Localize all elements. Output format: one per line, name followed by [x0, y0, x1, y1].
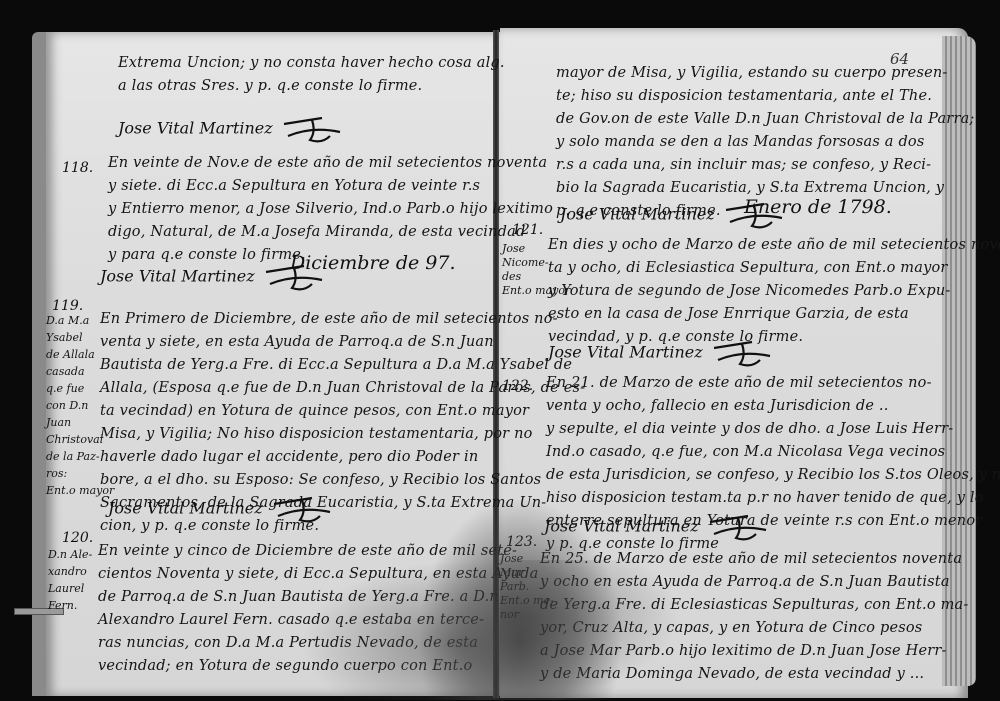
text-line: y Entierro menor, a Jose Silverio, Ind.o… — [108, 198, 553, 221]
text-line: Alexandro Laurel Fern. casado q.e estaba… — [98, 609, 539, 632]
text-line: y sepulte, el dia veinte y dos de dho. a… — [546, 418, 1000, 441]
month-heading: Enero de 1798. — [744, 196, 892, 218]
text-line: digo, Natural, de M.a Josefa Miranda, de… — [108, 221, 553, 244]
entry-120: En veinte y cinco de Diciembre de este a… — [98, 540, 539, 678]
text-line: En dies y ocho de Marzo de este año de m… — [548, 234, 1000, 257]
entry-number: 118. — [62, 160, 93, 176]
entry-123: En 25. de Marzo de este año de mil setec… — [540, 548, 969, 686]
month-heading: Diciembre de 97. — [290, 252, 455, 274]
text-line: y de Maria Dominga Nevado, de esta vecin… — [540, 663, 969, 686]
text-line: vecindad; en Yotura de segundo cuerpo co… — [98, 655, 539, 678]
text-line: En veinte de Nov.e de este año de mil se… — [108, 152, 553, 175]
text-line: Misa, y Vigilia; No hiso disposicion tes… — [100, 423, 585, 446]
text-line: yor, Cruz Alta, y capas, y en Yotura de … — [540, 617, 969, 640]
text-line: cientos Noventa y siete, di Ecc.a Sepult… — [98, 563, 539, 586]
text-line: a las otras Sres. y p. q.e conste lo fir… — [118, 75, 505, 98]
text-line: En 25. de Marzo de este año de mil setec… — [540, 548, 969, 571]
rubric-flourish-icon — [282, 114, 342, 144]
text-line: ta y ocho, di Eclesiastica Sepultura, co… — [548, 257, 1000, 280]
text-line: y ocho en esta Ayuda de Parroq.a de S.n … — [540, 571, 969, 594]
entry-121: En dies y ocho de Marzo de este año de m… — [548, 234, 1000, 349]
text-line: de Gov.on de este Valle D.n Juan Christo… — [556, 108, 975, 131]
entry-number: 123. — [506, 534, 537, 550]
text-line: Extrema Uncion; y no consta haver hecho … — [118, 52, 505, 75]
text-line: mayor de Misa, y Vigilia, estando su cue… — [556, 62, 975, 85]
entry-number: 121. — [512, 222, 543, 238]
text-line: y solo manda se den a las Mandas forsosa… — [556, 131, 975, 154]
signature: Jose Vital Martinez — [548, 338, 772, 368]
entry-number: 120. — [62, 530, 93, 546]
rubric-flourish-icon — [708, 512, 768, 542]
signature: Jose Vital Martinez — [544, 512, 768, 542]
text-line: En veinte y cinco de Diciembre de este a… — [98, 540, 539, 563]
margin-note: D.n Ale- xandro Laurel Fern. — [48, 546, 92, 614]
left-continuation: Extrema Uncion; y no consta haver hecho … — [118, 52, 505, 98]
scanned-register-spread: Extrema Uncion; y no consta haver hecho … — [0, 0, 1000, 701]
text-line: En 21. de Marzo de este año de mil setec… — [546, 372, 1000, 395]
entry-number: 122. — [502, 378, 533, 394]
text-line: En Primero de Diciembre, de este año de … — [100, 308, 585, 331]
rubric-flourish-icon — [712, 338, 772, 368]
entry-118: En veinte de Nov.e de este año de mil se… — [108, 152, 553, 267]
text-line: hiso disposicion testam.ta p.r no haver … — [546, 487, 1000, 510]
text-line: y Yotura de segundo de Jose Nicomedes Pa… — [548, 280, 1000, 303]
text-line: te; hiso su disposicion testamentaria, a… — [556, 85, 975, 108]
text-line: de Yerg.a Fre. di Eclesiasticas Sepultur… — [540, 594, 969, 617]
text-line: esto en la casa de Jose Enrrique Garzia,… — [548, 303, 1000, 326]
text-line: y siete. di Ecc.a Sepultura en Yotura de… — [108, 175, 553, 198]
text-line: Ind.o casado, q.e fue, con M.a Nicolasa … — [546, 441, 1000, 464]
text-line: Bautista de Yerg.a Fre. di Ecc.a Sepultu… — [100, 354, 585, 377]
text-line: a Jose Mar Parb.o hijo lexitimo de D.n J… — [540, 640, 969, 663]
text-line: ras nuncias, con D.a M.a Pertudis Nevado… — [98, 632, 539, 655]
signature: Jose Vital Martinez — [108, 494, 332, 524]
signature: Jose Vital Martinez — [118, 114, 342, 144]
rubric-flourish-icon — [272, 494, 332, 524]
text-line: r.s a cada una, sin incluir mas; se conf… — [556, 154, 975, 177]
text-line: ta vecindad) en Yotura de quince pesos, … — [100, 400, 585, 423]
text-line: de Parroq.a de S.n Juan Bautista de Yerg… — [98, 586, 539, 609]
text-line: de esta Jurisdicion, se confeso, y Recib… — [546, 464, 1000, 487]
text-line: venta y siete, en esta Ayuda de Parroq.a… — [100, 331, 585, 354]
text-line: haverle dado lugar el accidente, pero di… — [100, 446, 585, 469]
text-line: venta y ocho, fallecio en esta Jurisdici… — [546, 395, 1000, 418]
text-line: bore, a el dho. su Esposo: Se confeso, y… — [100, 469, 585, 492]
